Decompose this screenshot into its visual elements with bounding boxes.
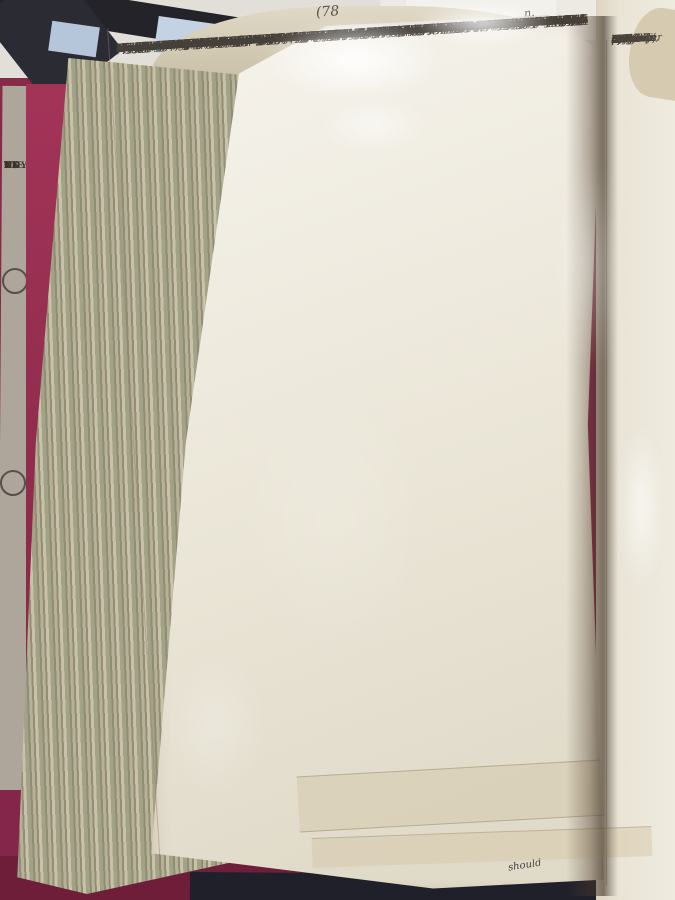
- page-number: (78: [315, 3, 339, 21]
- newspaper-text-fragment: US: [4, 134, 19, 198]
- gutter-shadow: [566, 16, 618, 896]
- newspaper-seal-icon-2: [0, 470, 26, 496]
- blue-reflection: [48, 21, 100, 57]
- photo-of-manuscript-book: n. TTEXANYCOIDETTEXYUS which isthat allc…: [0, 0, 675, 900]
- newspaper-seal-icon: [2, 268, 28, 294]
